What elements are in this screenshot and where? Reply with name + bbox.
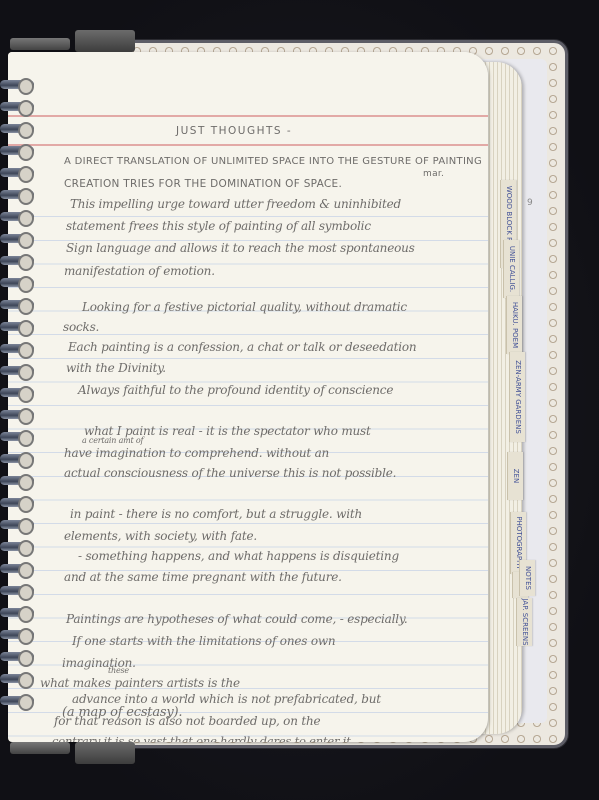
text-line: elements, with society, with fate. <box>64 529 257 543</box>
spiral-binding <box>0 60 34 720</box>
index-tab[interactable]: HAIKU. POEM <box>506 296 522 354</box>
text-line: and at the same time pregnant with the f… <box>64 570 342 584</box>
insertion-note: these <box>108 666 129 675</box>
text-line: contrary it is so vast that one hardly d… <box>52 734 354 742</box>
edge-page-number: 9 <box>527 198 533 208</box>
tab-label: UNIE CALLIG. <box>508 246 516 292</box>
text-line: socks. <box>63 320 99 334</box>
tab-label: JAP. SCREENS <box>521 598 529 645</box>
closing-line: (a map of ecstasy). <box>62 705 182 720</box>
text-line: If one starts with the limitations of on… <box>72 634 335 648</box>
text-line: Looking for a festive pictorial quality,… <box>82 300 407 314</box>
text-line: in paint - there is no comfort, but a st… <box>70 507 362 521</box>
margin-note: mar. <box>423 169 444 179</box>
binder-clamp-top <box>75 30 135 52</box>
text-line: Always faithful to the profound identity… <box>78 383 393 397</box>
header-rule-top <box>8 115 488 117</box>
index-tab[interactable]: UNIE CALLIG. <box>503 240 519 298</box>
text-line: with the Divinity. <box>66 361 166 375</box>
text-line: statement frees this style of painting o… <box>66 219 371 233</box>
text-line: Sign language and allows it to reach the… <box>66 241 415 255</box>
text-line: what makes painters artists is the <box>40 676 240 690</box>
tab-label: NOTES <box>524 566 532 590</box>
binder-clamp-bottom <box>75 742 135 764</box>
text-line: A DIRECT TRANSLATION OF UNLIMITED SPACE … <box>64 156 482 167</box>
text-line: manifestation of emotion. <box>64 264 215 278</box>
text-line: have imagination to comprehend. without … <box>64 446 329 460</box>
text-line: - something happens, and what happens is… <box>78 549 399 563</box>
text-line: advance into a world which is not prefab… <box>72 692 381 706</box>
index-tab[interactable]: JAP. SCREENS <box>516 598 532 646</box>
tab-label: ZEN-ARMY GARDENS <box>514 360 522 434</box>
index-tab[interactable]: ZEN-ARMY GARDENS <box>509 352 525 442</box>
index-tab[interactable]: NOTES <box>519 560 535 596</box>
text-line: Paintings are hypotheses of what could c… <box>66 612 407 626</box>
binder-clip-bottom-left <box>10 742 70 754</box>
text-line: actual consciousness of the universe thi… <box>64 466 396 480</box>
text-line: Each painting is a confession, a chat or… <box>68 340 416 354</box>
text-line: CREATION TRIES FOR THE DOMINATION OF SPA… <box>64 178 342 190</box>
page-title: JUST THOUGHTS - <box>176 125 292 137</box>
insertion-note: a certain amt of <box>82 436 143 445</box>
tab-label: ZEN <box>512 469 520 483</box>
text-line: This impelling urge toward utter freedom… <box>70 197 401 211</box>
tab-label: HAIKU. POEM <box>511 302 519 348</box>
index-tab[interactable]: ZEN <box>507 452 523 500</box>
binder-clip-top-left <box>10 38 70 50</box>
notebook-page: JUST THOUGHTS - A DIRECT TRANSLATION OF … <box>8 52 488 742</box>
header-rule-bottom <box>8 144 488 146</box>
